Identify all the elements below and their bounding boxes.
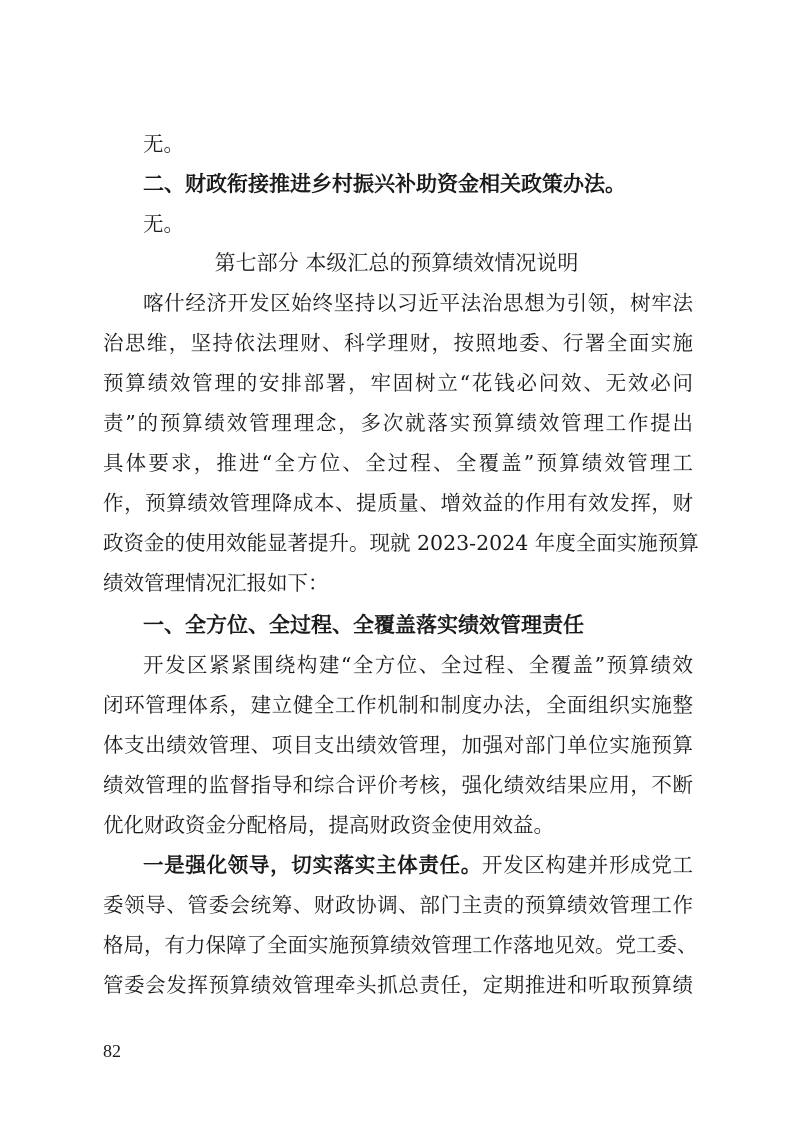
- section-one-line: 闭环管理体系，建立健全工作机制和制度办法，全面组织实施整: [103, 692, 693, 718]
- point-one-line: 格局，有力保障了全面实施预算绩效管理工作落地见效。党工委、: [103, 932, 693, 958]
- section-heading-two: 二、财政衔接推进乡村振兴补助资金相关政策办法。: [143, 171, 693, 197]
- section-one-line: 优化财政资金分配格局，提高财政资金使用效益。: [103, 812, 693, 838]
- paragraph-none: 无。: [143, 131, 693, 157]
- intro-line: 喀什经济开发区始终坚持以习近平法治思想为引领，树牢法: [143, 290, 693, 316]
- intro-line: 绩效管理情况汇报如下：: [103, 570, 693, 596]
- intro-line: 治思维，坚持依法理财、科学理财，按照地委、行署全面实施: [103, 330, 693, 356]
- intro-line: 政资金的使用效能显著提升。现就 2023-2024 年度全面实施预算: [103, 530, 693, 556]
- intro-line: 预算绩效管理的安排部署，牢固树立“花钱必问效、无效必问: [103, 370, 693, 396]
- intro-line: 责”的预算绩效管理理念，多次就落实预算绩效管理工作提出: [103, 410, 693, 436]
- section-one-line: 绩效管理的监督指导和综合评价考核，强化绩效结果应用，不断: [103, 772, 693, 798]
- section-one-line: 开发区紧紧围绕构建“全方位、全过程、全覆盖”预算绩效: [143, 652, 693, 678]
- point-one-rest: 开发区构建并形成党工: [482, 853, 693, 877]
- intro-line: 作，预算绩效管理降成本、提质量、增效益的作用有效发挥，财: [103, 490, 693, 516]
- section-heading-one: 一、全方位、全过程、全覆盖落实绩效管理责任: [143, 612, 693, 638]
- intro-line: 具体要求，推进“全方位、全过程、全覆盖”预算绩效管理工: [103, 450, 693, 476]
- point-one-line: 管委会发挥预算绩效管理牵头抓总责任，定期推进和听取预算绩: [103, 972, 693, 998]
- page-number: 82: [103, 1041, 121, 1062]
- point-one-lead: 一是强化领导，切实落实主体责任。: [143, 853, 482, 877]
- paragraph-none: 无。: [143, 211, 693, 237]
- section-one-line: 体支出绩效管理、项目支出绩效管理，加强对部门单位实施预算: [103, 732, 693, 758]
- point-one-line: 委领导、管委会统筹、财政协调、部门主责的预算绩效管理工作: [103, 892, 693, 918]
- document-page: 无。 二、财政衔接推进乡村振兴补助资金相关政策办法。 无。 第七部分 本级汇总的…: [0, 0, 793, 1122]
- point-one-line: 一是强化领导，切实落实主体责任。开发区构建并形成党工: [143, 852, 693, 878]
- part-seven-title: 第七部分 本级汇总的预算绩效情况说明: [0, 250, 793, 276]
